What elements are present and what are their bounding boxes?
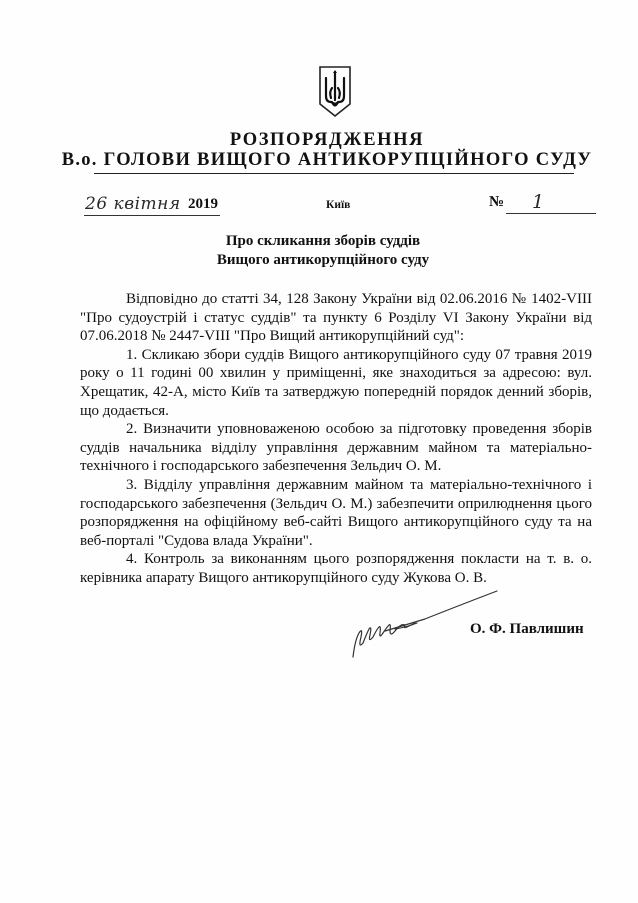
- city-label: Київ: [326, 199, 350, 211]
- date-field: 26 квітня 2019: [84, 194, 220, 216]
- clause-2-paragraph: 2. Визначити уповноваженою особою за під…: [80, 420, 592, 476]
- subject-line-2: Вищого антикорупційного суду: [4, 251, 638, 270]
- number-sign: №: [489, 194, 504, 211]
- document-meta-row: 26 квітня 2019 Київ № 1: [0, 194, 638, 218]
- number-field: 1: [506, 194, 596, 214]
- signer-name: О. Ф. Павлишин: [470, 621, 584, 638]
- document-type-heading: РОЗПОРЯДЖЕННЯ: [8, 130, 638, 151]
- document-body: Відповідно до статті 34, 128 Закону Укра…: [80, 290, 592, 588]
- subject-line-1: Про скликання зборів суддів: [4, 232, 638, 251]
- number-handwritten: 1: [532, 191, 544, 213]
- trident-emblem-icon: [318, 64, 352, 118]
- date-year: 2019: [188, 196, 218, 213]
- date-handwritten: 26 квітня: [85, 194, 181, 214]
- clause-3-paragraph: 3. Відділу управління державним майном т…: [80, 476, 592, 550]
- clause-1-paragraph: 1. Скликаю збори суддів Вищого антикоруп…: [80, 346, 592, 420]
- document-page: РОЗПОРЯДЖЕННЯ В.о. ГОЛОВИ ВИЩОГО АНТИКОР…: [0, 0, 638, 903]
- issuer-heading: В.о. ГОЛОВИ ВИЩОГО АНТИКОРУПЦІЙНОГО СУДУ: [8, 150, 638, 171]
- clause-4-paragraph: 4. Контроль за виконанням цього розпоряд…: [80, 550, 592, 587]
- heading-divider: [94, 173, 574, 174]
- preamble-paragraph: Відповідно до статті 34, 128 Закону Укра…: [80, 290, 592, 346]
